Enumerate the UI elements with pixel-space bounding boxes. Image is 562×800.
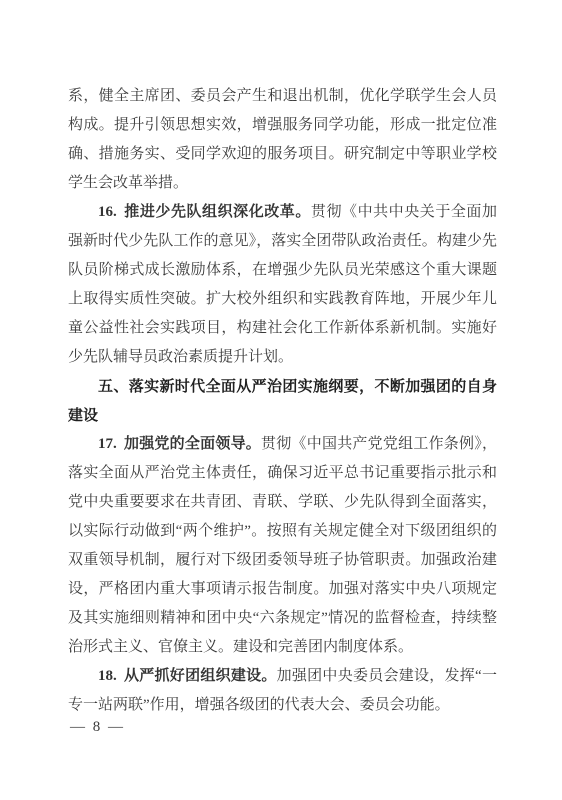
item-16-body: 贯彻《中共中央关于全面加强新时代少先队工作的意见》，落实全团带队政治责任。构建少…: [68, 204, 497, 365]
item-18-title: 从严抓好团组织建设。: [124, 668, 277, 684]
paragraph-item-16: 16.推进少先队组织深化改革。贯彻《中共中央关于全面加强新时代少先队工作的意见》…: [68, 198, 497, 372]
item-17-body: 贯彻《中国共产党党组工作条例》，落实全面从严治党主体责任，确保习近平总书记重要指…: [68, 436, 497, 655]
item-17-title: 加强党的全面领导。: [124, 436, 261, 452]
item-16-title: 推进少先队组织深化改革。: [124, 204, 311, 220]
text-block: 系，健全主席团、委员会产生和退出机制，优化学联学生会人员构成。提升引领思想实效，…: [68, 82, 497, 720]
section-heading-5: 五、落实新时代全面从严治团实施纲要，不断加强团的自身建设: [68, 372, 497, 430]
paragraph-continuation: 系，健全主席团、委员会产生和退出机制，优化学联学生会人员构成。提升引领思想实效，…: [68, 82, 497, 198]
item-18-number: 18.: [98, 668, 117, 684]
item-17-number: 17.: [98, 436, 117, 452]
paragraph-item-17: 17.加强党的全面领导。贯彻《中国共产党党组工作条例》，落实全面从严治党主体责任…: [68, 430, 497, 662]
paragraph-item-18: 18.从严抓好团组织建设。加强团中央委员会建设，发挥“一专一站两联”作用，增强各…: [68, 662, 497, 720]
item-16-number: 16.: [98, 204, 117, 220]
document-page: 系，健全主席团、委员会产生和退出机制，优化学联学生会人员构成。提升引领思想实效，…: [0, 0, 562, 800]
page-number: — 8 —: [70, 716, 125, 738]
